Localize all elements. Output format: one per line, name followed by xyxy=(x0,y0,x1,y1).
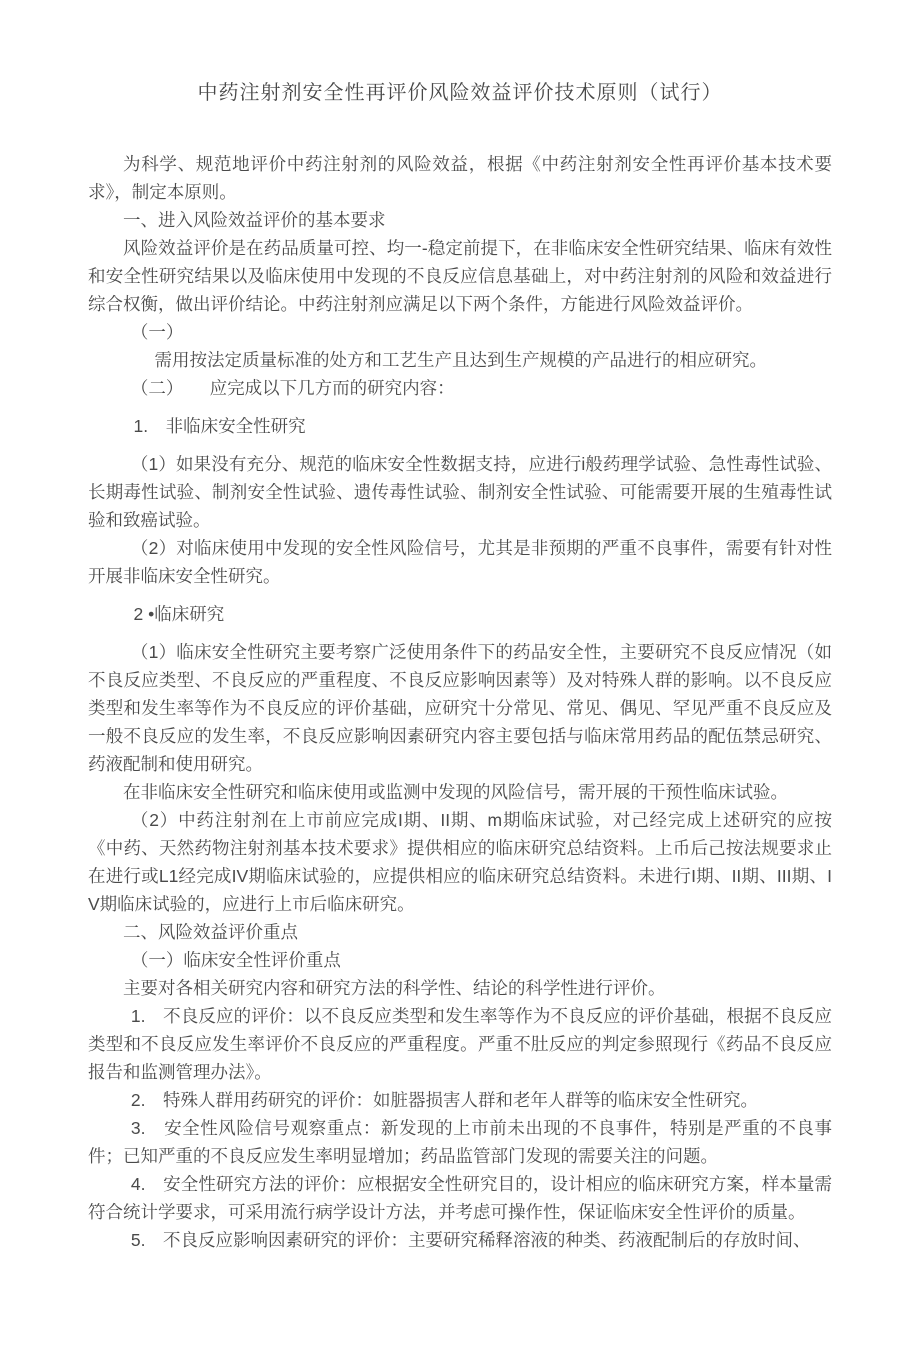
document-title: 中药注射剂安全性再评价风险效益评价技术原则（试行） xyxy=(88,80,832,106)
paragraph: （二） 应完成以下几方而的研究内容： xyxy=(88,374,832,402)
paragraph: （一）临床安全性评价重点 xyxy=(88,946,832,974)
paragraph: 为科学、规范地评价中药注射剂的风险效益，根据《中药注射剂安全性再评价基本技术要求… xyxy=(88,150,832,206)
paragraph: 在非临床安全性研究和临床使用或监测中发现的风险信号，需开展的干预性临床试验。 xyxy=(88,778,832,806)
paragraph: （一） xyxy=(88,318,832,346)
paragraph: 4. 安全性研究方法的评价：应根据安全性研究目的，设计相应的临床研究方案，样本量… xyxy=(88,1170,832,1226)
paragraph: 1. 非临床安全性研究 xyxy=(88,412,832,440)
paragraph: 二、风险效益评价重点 xyxy=(88,918,832,946)
paragraph: 风险效益评价是在药品质量可控、均一-稳定前提下，在非临床安全性研究结果、临床有效… xyxy=(88,234,832,318)
paragraph: 2. 特殊人群用药研究的评价：如脏器损害人群和老年人群等的临床安全性研究。 xyxy=(88,1086,832,1114)
paragraph: 1. 不良反应的评价：以不良反应类型和发生率等作为不良反应的评价基础，根据不良反… xyxy=(88,1002,832,1086)
paragraph-list: 为科学、规范地评价中药注射剂的风险效益，根据《中药注射剂安全性再评价基本技术要求… xyxy=(88,150,832,1254)
paragraph: （2）中药注射剂在上市前应完成I期、II期、m期临床试验，对己经完成上述研究的应… xyxy=(88,806,832,918)
paragraph: 需用按法定质量标准的处方和工艺生产且达到生产规模的产品进行的相应研究。 xyxy=(88,346,832,374)
document-content: 中药注射剂安全性再评价风险效益评价技术原则（试行） 为科学、规范地评价中药注射剂… xyxy=(0,0,920,1254)
paragraph: 5. 不良反应影响因素研究的评价：主要研究稀释溶液的种类、药液配制后的存放时间、 xyxy=(88,1226,832,1254)
paragraph: 主要对各相关研究内容和研究方法的科学性、结论的科学性进行评价。 xyxy=(88,974,832,1002)
paragraph: 3. 安全性风险信号观察重点：新发现的上市前未出现的不良事件，特别是严重的不良事… xyxy=(88,1114,832,1170)
paragraph: （1）临床安全性研究主要考察广泛使用条件下的药品安全性，主要研究不良反应情况（如… xyxy=(88,638,832,778)
paragraph: （2）对临床使用中发现的安全性风险信号，尤其是非预期的严重不良事件，需要有针对性… xyxy=(88,534,832,590)
paragraph: 2 •临床研究 xyxy=(88,600,832,628)
paragraph: 一、进入风险效益评价的基本要求 xyxy=(88,206,832,234)
document-page: 中药注射剂安全性再评价风险效益评价技术原则（试行） 为科学、规范地评价中药注射剂… xyxy=(0,0,920,1361)
paragraph: （1）如果没有充分、规范的临床安全性数据支持，应进行i般药理学试验、急性毒性试验… xyxy=(88,450,832,534)
